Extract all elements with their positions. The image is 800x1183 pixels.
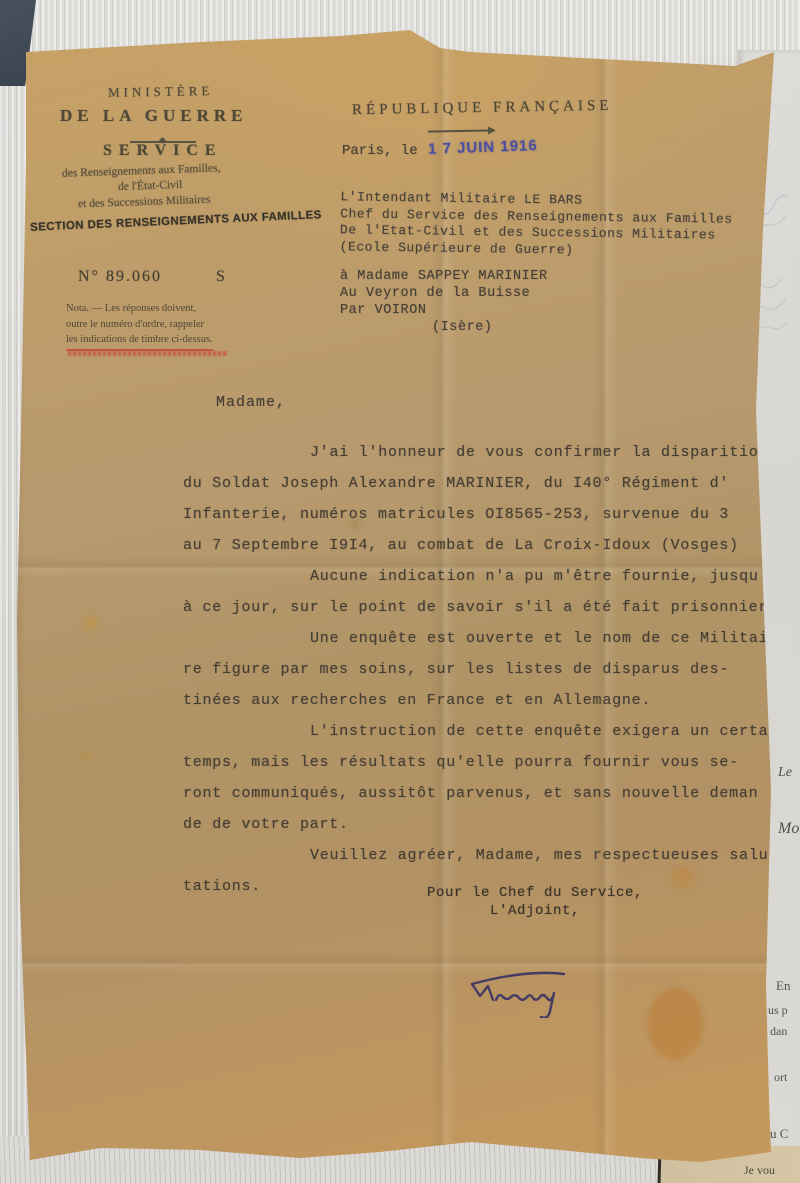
recipient-line: à Madame SAPPEY MARINIER (340, 268, 548, 285)
recipient-line: Au Veyron de la Buisse (340, 285, 548, 302)
rust-stain (84, 616, 98, 630)
body-line: au 7 Septembre I9I4, au combat de La Cro… (183, 530, 788, 561)
edge-text-fragment: u C (770, 1126, 788, 1142)
edge-text-fragment: Je vou (744, 1163, 775, 1178)
closing-line: L'Adjoint, (420, 902, 650, 920)
nota-line: Nota. — Les réponses doivent, (66, 301, 238, 317)
service-subline: de l'État-Civil (118, 179, 183, 193)
body-line: Aucune indication n'a pu m'être fournie,… (310, 561, 788, 592)
body-line: J'ai l'honneur de vous confirmer la disp… (310, 437, 788, 468)
body-line: tinées aux recherches en France et en Al… (183, 685, 788, 716)
closing-block: Pour le Chef du Service, L'Adjoint, (420, 884, 650, 920)
recipient-block: à Madame SAPPEY MARINIER Au Veyron de la… (340, 268, 548, 336)
edge-text-fragment: us p (768, 1003, 788, 1018)
body-line: Une enquête est ouverte et le nom de ce … (310, 623, 788, 654)
edge-text-fragment: dan (770, 1024, 787, 1039)
nota-line: outre le numéro d'ordre, rappeler (66, 317, 238, 333)
ministry-line1: MINISTÈRE (108, 83, 214, 101)
recipient-line: Par VOIRON (340, 302, 548, 319)
republic-title: RÉPUBLIQUE FRANÇAISE (352, 98, 613, 120)
service-subline: et des Successions Militaires (78, 194, 211, 211)
body-line: re figure par mes soins, sur les listes … (183, 654, 788, 685)
body-line: à ce jour, sur le point de savoir s'il a… (183, 592, 788, 623)
body-line: de de votre part. (183, 809, 788, 840)
divider-arrow-icon (428, 129, 494, 132)
edge-text-fragment: Mo (778, 820, 799, 838)
closing-line: Pour le Chef du Service, (420, 884, 650, 902)
body-line: Infanterie, numéros matricules OI8565-25… (183, 499, 788, 530)
body-line: temps, mais les résultats qu'elle pourra… (183, 747, 788, 778)
letter-body: J'ai l'honneur de vous confirmer la disp… (183, 437, 788, 902)
body-line: du Soldat Joseph Alexandre MARINIER, du … (183, 468, 788, 499)
reference-label: N° (78, 268, 100, 285)
nota-line-underlined: les indications de timbre ci-dessus. (66, 332, 213, 351)
rust-stain (648, 988, 703, 1060)
service-title: SERVICE (103, 142, 223, 160)
body-line: L'instruction de cette enquête exigera u… (310, 716, 788, 747)
service-subline: des Renseignements aux Familles, (62, 162, 221, 180)
date-rubber-stamp: 1 7 JUIN 1916 (428, 137, 538, 158)
reference-number: 89.060 (106, 268, 162, 285)
salutation: Madame, (216, 394, 286, 411)
body-line: ront communiqués, aussitôt parvenus, et … (183, 778, 788, 809)
nota-note: Nota. — Les réponses doivent, outre le n… (66, 301, 238, 351)
edge-text-fragment: En (776, 978, 790, 994)
body-line: Veuillez agréer, Madame, mes respectueus… (310, 840, 788, 871)
recipient-line: (Isère) (432, 319, 548, 336)
rust-stain (80, 750, 92, 762)
place-date-prefix: Paris, le (342, 143, 418, 159)
section-rubber-stamp: SECTION DES RENSEIGNEMENTS AUX FAMILLES (30, 210, 298, 234)
signature-ink (460, 962, 572, 1018)
reference-suffix: S (216, 268, 227, 285)
reference-number-line: N° 89.060 S (78, 268, 227, 286)
ministry-line2: DE LA GUERRE (60, 106, 248, 126)
sender-block: L'Intendant Militaire LE BARS Chef du Se… (340, 189, 733, 260)
fold-crease (0, 952, 800, 974)
photographed-letter-scene: MINISTÈRE DE LA GUERRE SERVICE des Rense… (0, 0, 800, 1183)
edge-text-fragment: ort (774, 1070, 787, 1085)
red-underline-marks (68, 351, 228, 356)
edge-text-fragment: Le (778, 765, 792, 781)
letter-document: MINISTÈRE DE LA GUERRE SERVICE des Rense… (0, 0, 800, 1183)
